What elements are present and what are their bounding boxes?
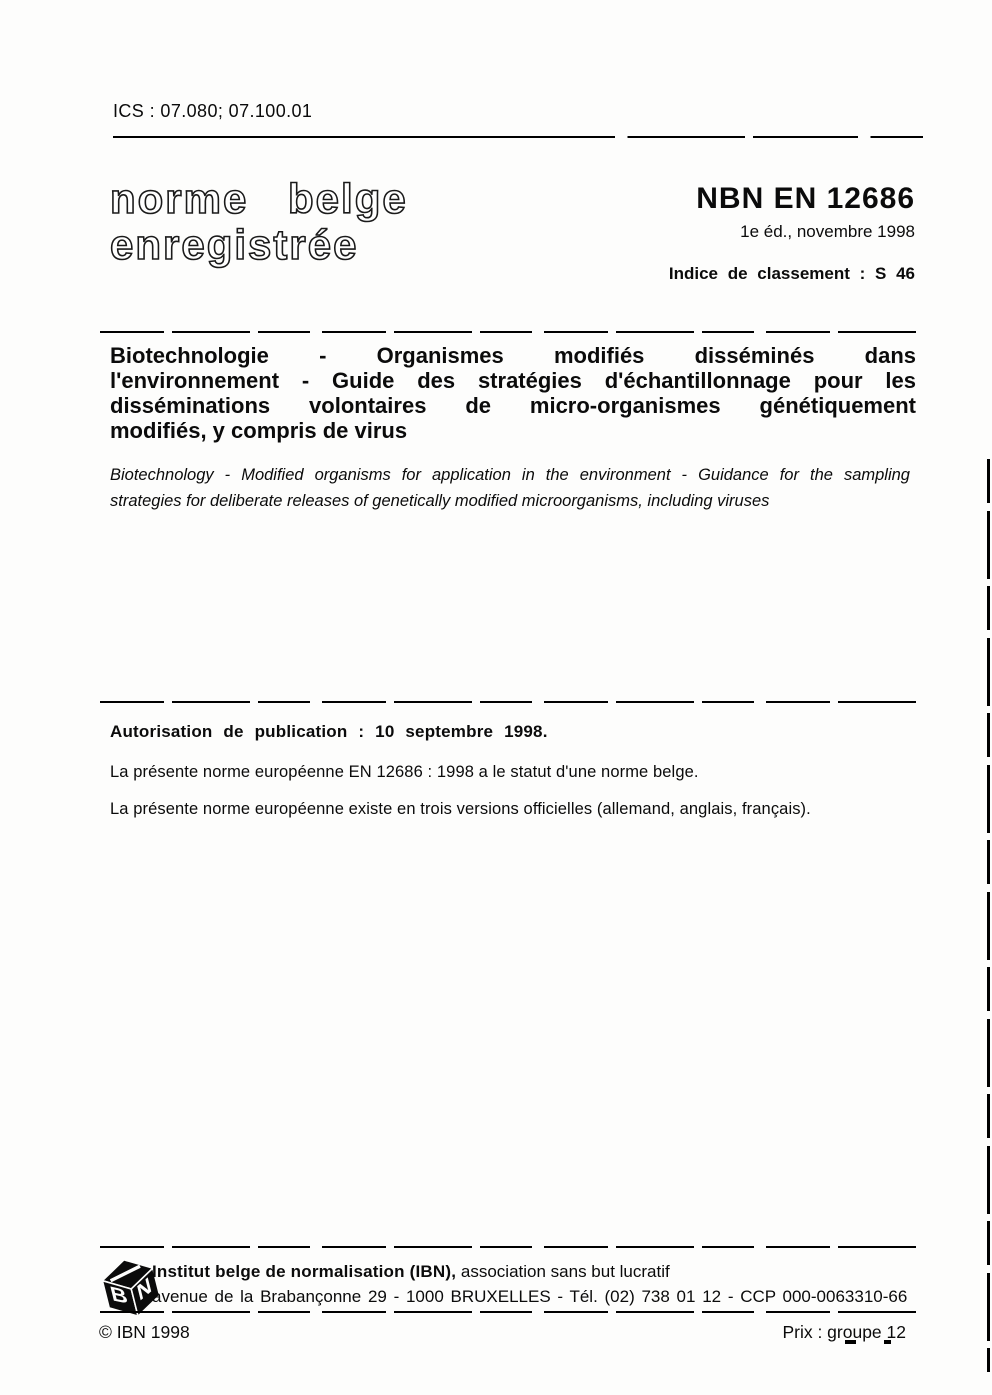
footer-top-rule bbox=[100, 1246, 922, 1248]
title-fr: Biotechnologie - Organismes modifiés dis… bbox=[110, 343, 916, 443]
title-fr-line: modifiés, y compris de virus bbox=[110, 418, 916, 443]
designation-block: NBN EN 12686 1e éd., novembre 1998 Indic… bbox=[595, 182, 915, 284]
standard-designation: NBN EN 12686 bbox=[595, 182, 915, 216]
top-rule bbox=[113, 136, 923, 138]
institute-suffix: association sans but lucratif bbox=[456, 1262, 670, 1281]
scan-speck bbox=[884, 1340, 891, 1344]
title-fr-line: Biotechnologie - Organismes modifiés dis… bbox=[110, 343, 916, 368]
title-fr-line: l'environnement - Guide des stratégies d… bbox=[110, 368, 916, 393]
status-line: La présente norme européenne EN 12686 : … bbox=[110, 763, 699, 782]
ics-code: ICS : 07.080; 07.100.01 bbox=[113, 101, 312, 122]
title-en-line: strategies for deliberate releases of ge… bbox=[110, 488, 910, 514]
title-en: Biotechnology - Modified organisms for a… bbox=[110, 462, 910, 514]
classification-index: Indice de classement : S 46 bbox=[595, 264, 915, 284]
authorization-rule bbox=[100, 701, 922, 703]
registered-mark-line1: norme belge bbox=[110, 176, 408, 222]
footer-institute-block: Institut belge de normalisation (IBN), a… bbox=[152, 1262, 932, 1307]
right-edge-binding-mark bbox=[987, 459, 990, 1372]
address-line: avenue de la Brabançonne 29 - 1000 BRUXE… bbox=[152, 1287, 932, 1307]
registered-mark-line2: enregistrée bbox=[110, 222, 408, 268]
title-en-line: Biotechnology - Modified organisms for a… bbox=[110, 462, 910, 488]
institute-line: Institut belge de normalisation (IBN), a… bbox=[152, 1262, 932, 1282]
authorization-line: Autorisation de publication : 10 septemb… bbox=[110, 722, 548, 742]
copyright-notice: © IBN 1998 bbox=[99, 1322, 190, 1343]
title-fr-line: disséminations volontaires de micro-orga… bbox=[110, 393, 916, 418]
edition-date: 1e éd., novembre 1998 bbox=[595, 222, 915, 242]
registered-mark: norme belge enregistrée bbox=[110, 176, 408, 268]
title-rule bbox=[100, 331, 922, 333]
institute-name: Institut belge de normalisation (IBN), bbox=[152, 1262, 456, 1281]
standard-cover-page: ICS : 07.080; 07.100.01 norme belge enre… bbox=[0, 0, 992, 1395]
versions-line: La présente norme européenne existe en t… bbox=[110, 800, 811, 819]
footer-bottom-rule bbox=[100, 1311, 922, 1313]
scan-speck bbox=[845, 1340, 856, 1344]
